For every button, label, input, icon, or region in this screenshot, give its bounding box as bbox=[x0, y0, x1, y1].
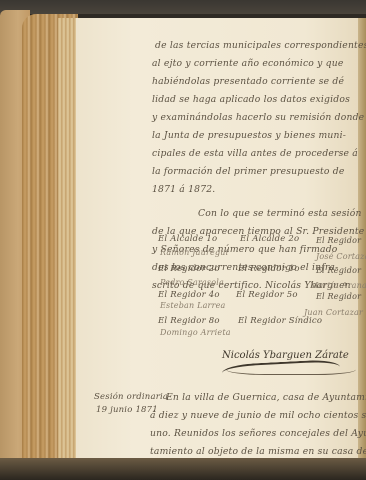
signature-flourish bbox=[226, 364, 356, 375]
body-line: la formación del primer presupuesto de bbox=[152, 166, 345, 177]
signature-title: El Regidor 8o bbox=[158, 316, 220, 326]
signature-title: El Regidor bbox=[316, 266, 361, 275]
body-line: 1871 á 1872. bbox=[152, 184, 215, 195]
entry-line: En la villa de Guernica, casa de Ayuntam… bbox=[166, 392, 366, 403]
signature-title: El Alcalde 1o bbox=[158, 234, 217, 244]
body-line: lidad se haga aplicado los datos exigido… bbox=[152, 94, 350, 105]
body-line: habiéndolas presentado corriente se dé bbox=[152, 76, 344, 87]
signature-name: José Cortazar bbox=[316, 252, 366, 261]
signature-title: El Regidor bbox=[316, 236, 361, 245]
signature-name: Ramón Jáuregui bbox=[160, 248, 228, 257]
body-line: y examinándolas hacerlo su remisión dond… bbox=[152, 112, 364, 123]
signature-title: El Alcalde 2o bbox=[240, 234, 299, 244]
signature-title: El Regidor 5o bbox=[236, 290, 298, 300]
signature-title: El Regidor 2o bbox=[158, 264, 220, 274]
signature-title: El Regidor Síndico bbox=[238, 316, 322, 326]
body-line: cipales de esta villa antes de proceders… bbox=[152, 148, 358, 159]
signature-name: Juan Cortazar bbox=[304, 308, 363, 317]
margin-note: Sesión ordinaria bbox=[94, 392, 168, 402]
signature-title: El Regidor 1o bbox=[238, 264, 300, 274]
entry-line: á diez y nueve de junio de mil ocho cien… bbox=[150, 410, 366, 421]
body-line: de las tercias municipales correspondien… bbox=[155, 40, 366, 51]
entry-line: tamiento al objeto de la misma en su cas… bbox=[150, 446, 366, 457]
entry-line: uno. Reunidos los señores concejales del… bbox=[150, 428, 366, 439]
body-line: al ejto y corriente año económico y que bbox=[152, 58, 343, 69]
signature-name: Pedro Sarasola bbox=[160, 278, 224, 287]
scanner-bottom-edge bbox=[0, 458, 366, 480]
signature-title: El Regidor 4o bbox=[158, 290, 220, 300]
scanner-top-edge bbox=[0, 0, 366, 14]
signature-name: Esteban Larrea bbox=[160, 301, 226, 310]
margin-note: 19 junio 1871 bbox=[96, 405, 158, 415]
signature-name: Domingo Arrieta bbox=[160, 328, 231, 337]
signature-title: El Regidor bbox=[316, 292, 361, 301]
signature-name: Martín Arana bbox=[310, 281, 366, 290]
closing-line: Con lo que se terminó esta sesión bbox=[198, 208, 362, 219]
secretary-signature: Nicolás Ybarguen Zárate bbox=[222, 350, 349, 361]
body-line: la Junta de presupuestos y bienes muni- bbox=[152, 130, 346, 141]
